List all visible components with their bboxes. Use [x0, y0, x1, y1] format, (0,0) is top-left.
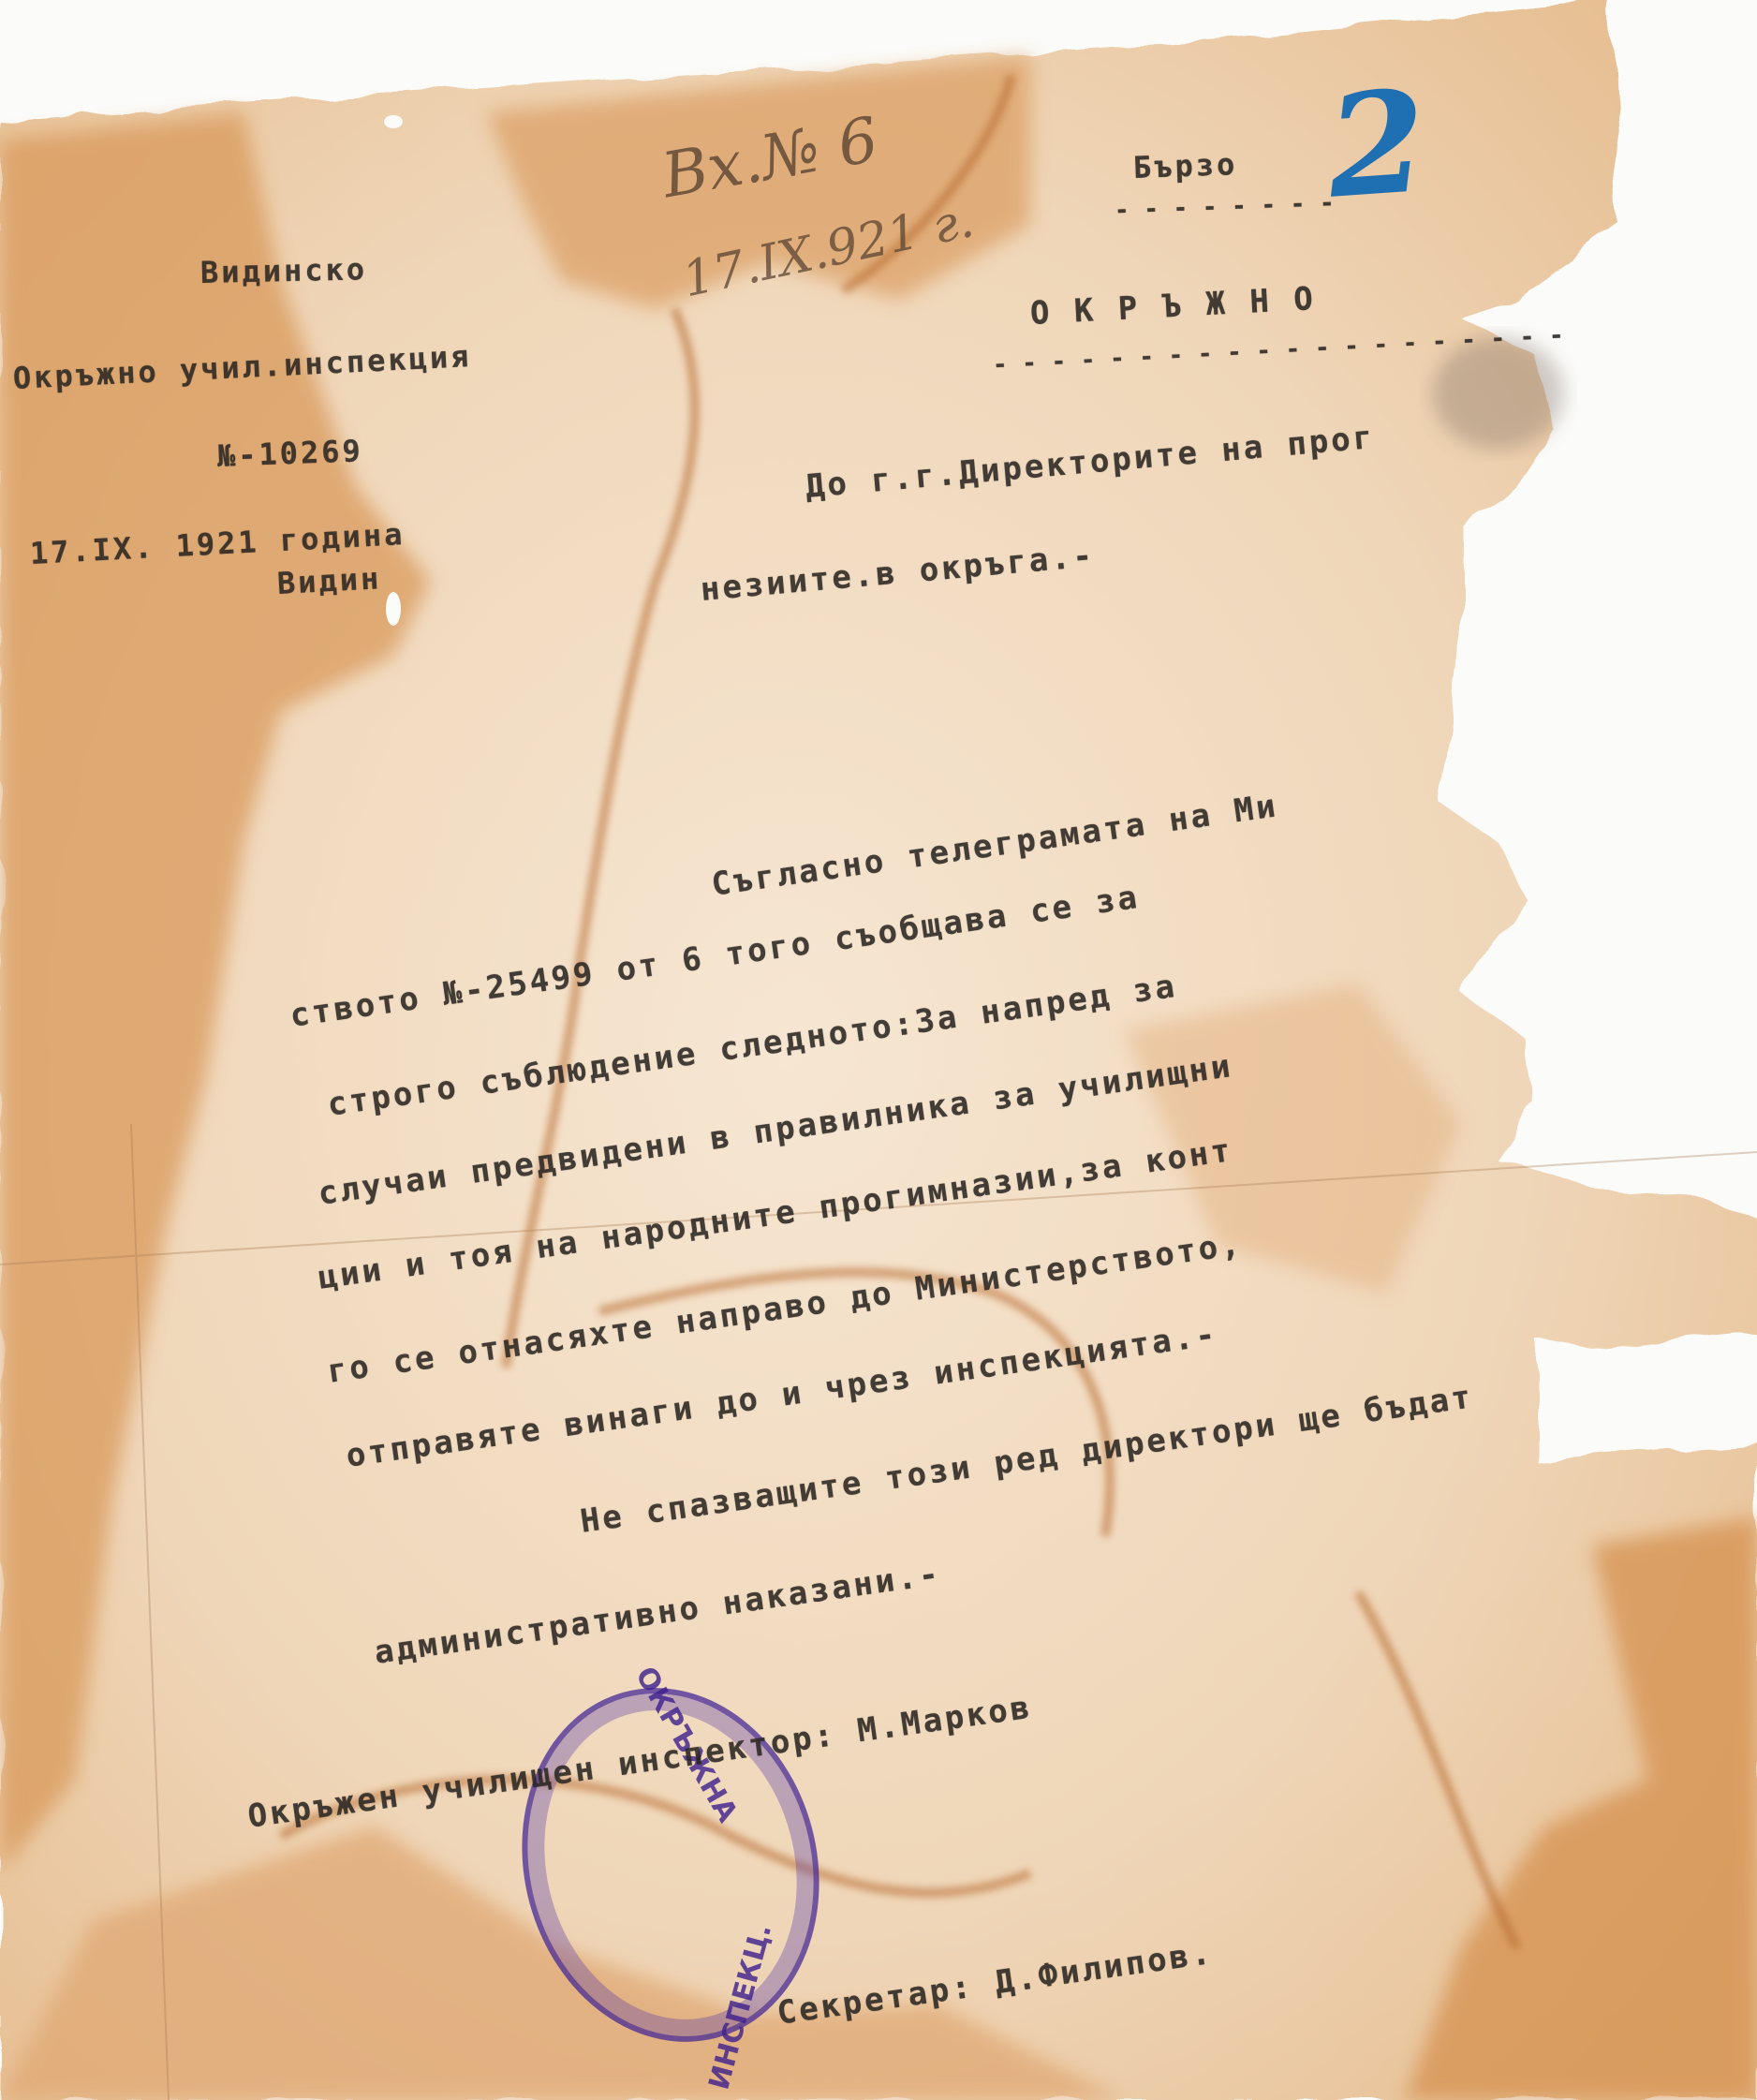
blue-pencil-mark: 2 [1322, 59, 1431, 230]
city-label: Видин [276, 560, 382, 601]
paper-texture [0, 0, 1757, 2100]
document-number: №-10269 [216, 433, 363, 474]
scanned-document: Видинско Окръжно учил.инспекция №-10269 … [0, 0, 1757, 2100]
urgency-label: Бързо [1132, 146, 1238, 185]
region-label: Видинско [200, 251, 368, 290]
